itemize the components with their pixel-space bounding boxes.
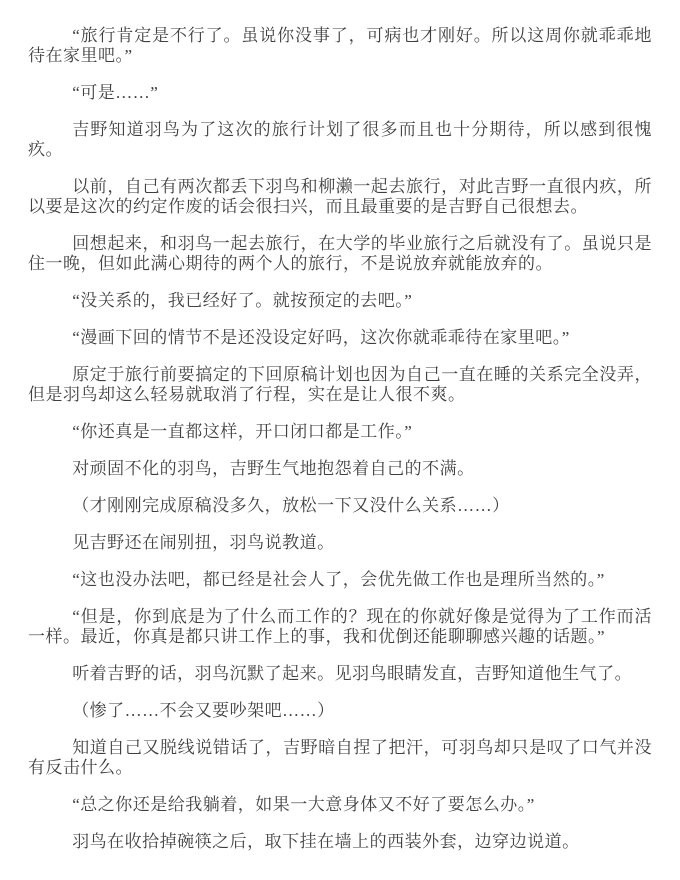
paragraph-dialogue: “没关系的，我已经好了。就按预定的去吧。” [28, 291, 652, 311]
paragraph-narration: 以前，自己有两次都丢下羽鸟和柳濑一起去旅行，对此吉野一直很内疚，所以要是这次的约… [28, 177, 652, 217]
paragraph-narration: 原定于旅行前要搞定的下回原稿计划也因为自己一直在睡的关系完全没弄，但是羽鸟却这么… [28, 365, 652, 405]
paragraph-dialogue: “这也没办法吧，都已经是社会人了，会优先做工作也是理所当然的。” [28, 570, 652, 590]
paragraph-dialogue: “你还真是一直都这样，开口闭口都是工作。” [28, 422, 652, 442]
paragraph-dialogue: “可是……” [28, 83, 652, 103]
paragraph-dialogue: “总之你还是给我躺着，如果一大意身体又不好了要怎么办。” [28, 795, 652, 815]
page-background: { "document": { "kind": "novel-text-page… [0, 0, 680, 880]
paragraph-narration: 见吉野还在闹别扭，羽鸟说教道。 [28, 533, 652, 553]
paragraph-narration: 对顽固不化的羽鸟，吉野生气地抱怨着自己的不满。 [28, 459, 652, 479]
paragraph-narration: 吉野知道羽鸟为了这次的旅行计划了很多而且也十分期待，所以感到很愧疚。 [28, 120, 652, 160]
paragraph-inner-thought: （惨了……不会又要吵架吧……） [28, 701, 652, 721]
paragraph-dialogue: “旅行肯定是不行了。虽说你没事了，可病也才刚好。所以这周你就乖乖地待在家里吧。” [28, 26, 652, 66]
document-page: “旅行肯定是不行了。虽说你没事了，可病也才刚好。所以这周你就乖乖地待在家里吧。”… [0, 0, 680, 880]
paragraph-narration: 知道自己又脱线说错话了，吉野暗自捏了把汗，可羽鸟却只是叹了口气并没有反击什么。 [28, 738, 652, 778]
paragraph-narration: 听着吉野的话，羽鸟沉默了起来。见羽鸟眼睛发直，吉野知道他生气了。 [28, 664, 652, 684]
paragraph-narration: 羽鸟在收拾掉碗筷之后，取下挂在墙上的西装外套，边穿边说道。 [28, 832, 652, 852]
paragraph-dialogue: “但是，你到底是为了什么而工作的？现在的你就好像是觉得为了工作而活一样。最近，你… [28, 607, 652, 647]
paragraph-narration: 回想起来，和羽鸟一起去旅行，在大学的毕业旅行之后就没有了。虽说只是住一晚，但如此… [28, 234, 652, 274]
paragraph-dialogue: “漫画下回的情节不是还没设定好吗，这次你就乖乖待在家里吧。” [28, 328, 652, 348]
paragraph-inner-thought: （才刚刚完成原稿没多久，放松一下又没什么关系……） [28, 496, 652, 516]
